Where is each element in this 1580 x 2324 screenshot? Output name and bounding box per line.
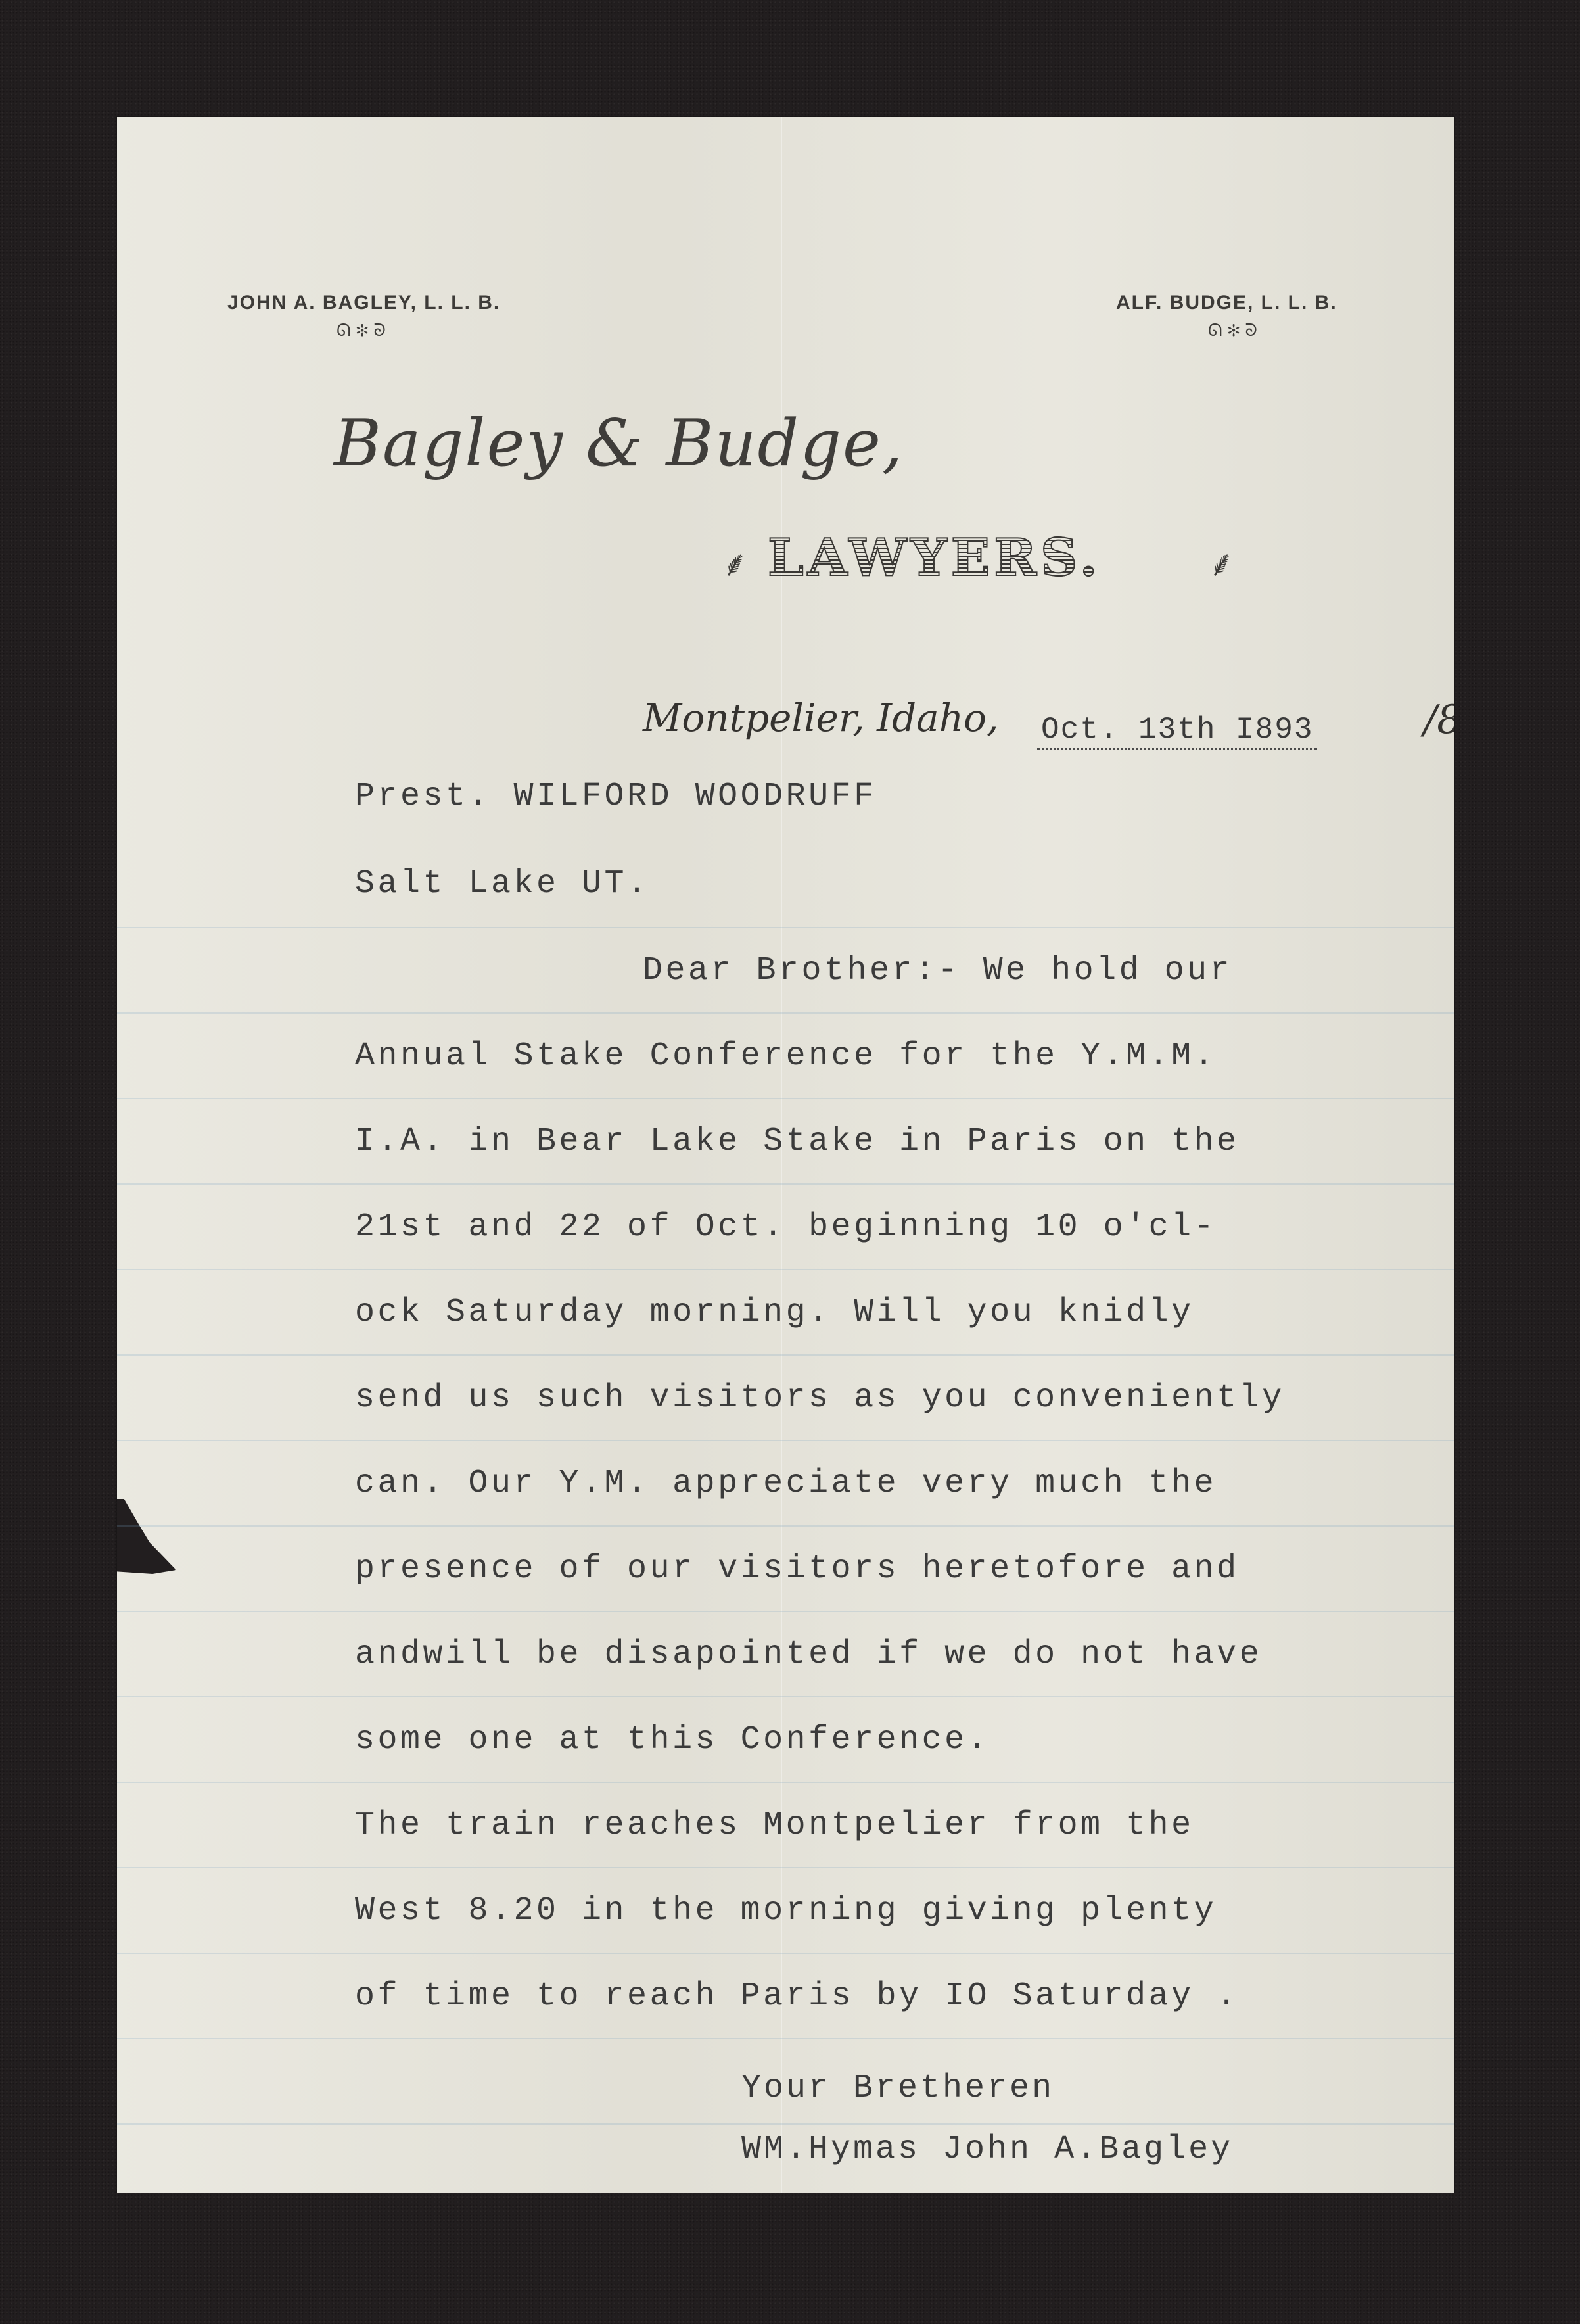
sprig-left-icon: ⸙ xyxy=(722,538,749,586)
ruled-line xyxy=(117,1953,1454,1954)
ruled-line xyxy=(117,1012,1454,1014)
ruled-line xyxy=(117,1525,1454,1527)
ruled-line xyxy=(117,1782,1454,1783)
body-line: The train reaches Montpelier from the xyxy=(355,1807,1194,1844)
ruled-line xyxy=(117,1269,1454,1270)
ornament-icon: ᘏ ✻ ᘐ xyxy=(337,321,386,341)
body-line: send us such visitors as you convenientl… xyxy=(355,1379,1285,1417)
ruled-line xyxy=(117,2038,1454,2039)
ruled-line xyxy=(117,1183,1454,1185)
dateline-date: Oct. 13th I893 xyxy=(1037,713,1317,750)
letter-paper: JOHN A. BAGLEY, L. L. B. ᘏ ✻ ᘐ ALF. BUDG… xyxy=(117,117,1454,2193)
ornament-icon: ᘏ ✻ ᘐ xyxy=(1208,321,1257,341)
recipient-name: Prest. WILFORD WOODRUFF xyxy=(355,778,877,815)
dateline-place: Montpelier, Idaho, xyxy=(643,696,998,740)
firm-name: Bagley & Budge, xyxy=(334,406,904,481)
body-line: Dear Brother:- We hold our xyxy=(643,952,1232,989)
ruled-line xyxy=(117,927,1454,928)
partner-name-left: JOHN A. BAGLEY, L. L. B. xyxy=(227,292,500,314)
body-line: 21st and 22 of Oct. beginning 10 o'cl- xyxy=(355,1208,1217,1246)
sprig-right-icon: ⸙ xyxy=(1208,538,1235,586)
body-line: I.A. in Bear Lake Stake in Paris on the xyxy=(355,1123,1240,1160)
body-line: andwill be disapointed if we do not have xyxy=(355,1636,1262,1673)
body-line: presence of our visitors heretofore and xyxy=(355,1550,1240,1588)
partner-name-right: ALF. BUDGE, L. L. B. xyxy=(1116,292,1337,314)
body-line: of time to reach Paris by IO Saturday . xyxy=(355,1978,1240,2015)
ruled-line xyxy=(117,1354,1454,1356)
body-line: can. Our Y.M. appreciate very much the xyxy=(355,1465,1217,1502)
ruled-line xyxy=(117,1611,1454,1612)
closing-salutation: Your Bretheren xyxy=(741,2070,1054,2107)
signatories: WM.Hymas John A.Bagley xyxy=(741,2131,1233,2168)
ruled-line xyxy=(117,1098,1454,1099)
ruled-line xyxy=(117,1696,1454,1697)
ruled-line xyxy=(117,2123,1454,2125)
body-line: ock Saturday morning. Will you knidly xyxy=(355,1294,1194,1331)
body-line: Annual Stake Conference for the Y.M.M. xyxy=(355,1037,1217,1075)
ruled-line xyxy=(117,1867,1454,1868)
dateline-handwritten-year: /89 xyxy=(1424,697,1454,743)
body-line: some one at this Conference. xyxy=(355,1721,990,1759)
body-line: West 8.20 in the morning giving plenty xyxy=(355,1892,1217,1930)
recipient-location: Salt Lake UT. xyxy=(355,865,650,903)
ruled-line xyxy=(117,1440,1454,1441)
torn-edge xyxy=(117,1499,176,1578)
profession-title: LAWYERS. xyxy=(768,528,1102,588)
